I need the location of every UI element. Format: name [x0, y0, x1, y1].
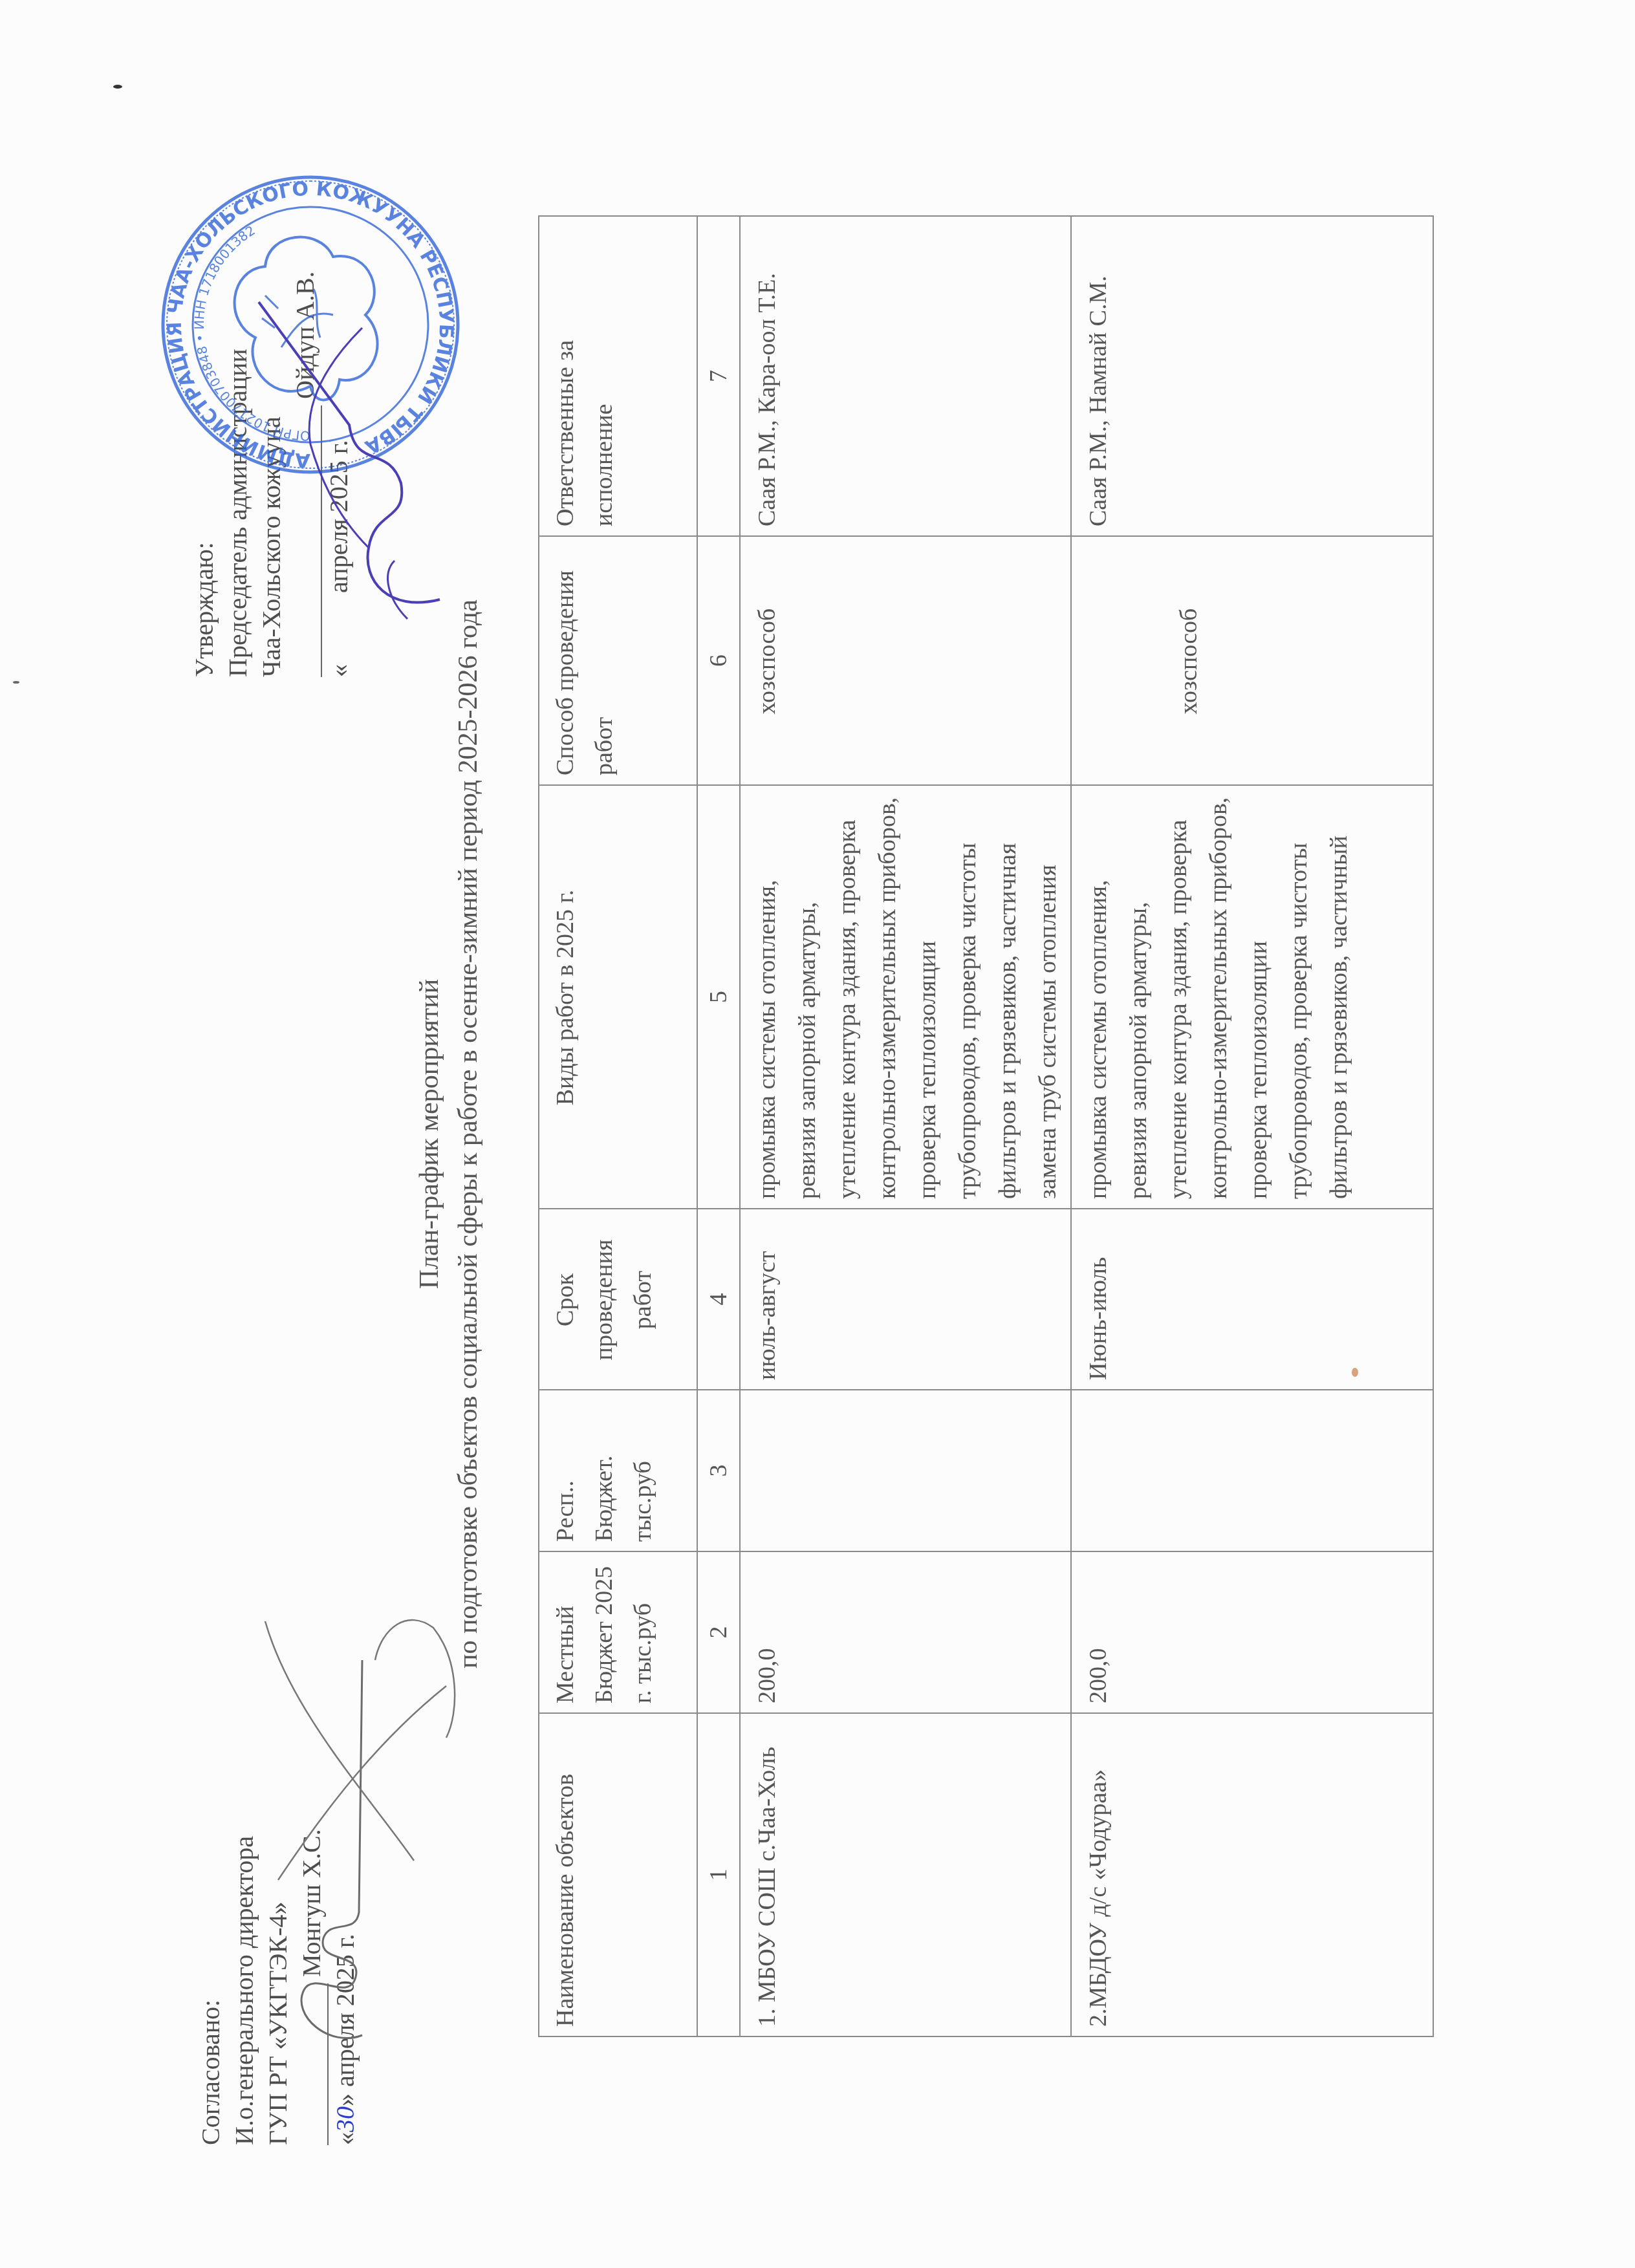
cell-method: хозспособ: [740, 536, 1071, 785]
column-number: 5: [697, 785, 740, 1209]
scan-speck: [13, 681, 19, 684]
table-row: 1. МБОУ СОШ с.Чаа-Холь 200,0 июль-август…: [740, 216, 1071, 2036]
cell-object-name: 2.МБДОУ д/с «Чодураа»: [1071, 1713, 1433, 2036]
cell-republic-budget: [740, 1390, 1071, 1551]
header-local-budget: Местный Бюджет 2025 г. тыс.руб: [539, 1551, 697, 1713]
header-work-types: Виды работ в 2025 г.: [539, 785, 697, 1209]
column-number: 4: [697, 1209, 740, 1390]
column-number: 7: [697, 216, 740, 536]
plan-schedule-table: Наименование объектов Местный Бюджет 202…: [538, 215, 1434, 2037]
cell-responsible: Саая Р.М., Намнай С.М.: [1071, 216, 1433, 536]
cell-local-budget: 200,0: [1071, 1551, 1433, 1713]
cell-local-budget: 200,0: [740, 1551, 1071, 1713]
header-method: Способ проведения работ: [539, 536, 697, 785]
cell-republic-budget: [1071, 1390, 1433, 1551]
cell-period: Июнь-июль: [1071, 1209, 1433, 1390]
cell-work-types: промывка системы отопления, ревизия запо…: [1071, 785, 1433, 1209]
column-number: 6: [697, 536, 740, 785]
document-title: План-график мероприятий: [414, 0, 445, 2268]
column-number-row: 1 2 3 4 5 6 7: [697, 216, 740, 2036]
column-number: 1: [697, 1713, 740, 2036]
header-object-name: Наименование объектов: [539, 1713, 697, 2036]
scan-speck: [113, 85, 122, 89]
header-responsible: Ответственные за исполнение: [539, 216, 697, 536]
scan-speck: [1352, 1368, 1358, 1377]
cell-method: хозспособ: [1071, 536, 1433, 785]
cell-period: июль-август: [740, 1209, 1071, 1390]
column-number: 3: [697, 1390, 740, 1551]
document-subtitle: по подготовке объектов социальной сферы …: [453, 0, 484, 2268]
cell-object-name: 1. МБОУ СОШ с.Чаа-Холь: [740, 1713, 1071, 2036]
table-header-row: Наименование объектов Местный Бюджет 202…: [539, 216, 697, 2036]
cell-work-types: промывка системы отопления, ревизия запо…: [740, 785, 1071, 1209]
agreed-date-day: 30: [330, 2106, 360, 2132]
header-period: Срок проведения работ: [539, 1209, 697, 1390]
column-number: 2: [697, 1551, 740, 1713]
cell-responsible: Саая Р.М., Кара-оол Т.Е.: [740, 216, 1071, 536]
header-republic-budget: Респ.. Бюджет. тыс.руб: [539, 1390, 697, 1551]
document-page: Согласовано: И.о.генерального директора …: [0, 0, 1635, 2268]
table-row: 2.МБДОУ д/с «Чодураа» 200,0 Июнь-июль пр…: [1071, 216, 1433, 2036]
agreed-heading: Согласовано:: [194, 1829, 228, 2145]
